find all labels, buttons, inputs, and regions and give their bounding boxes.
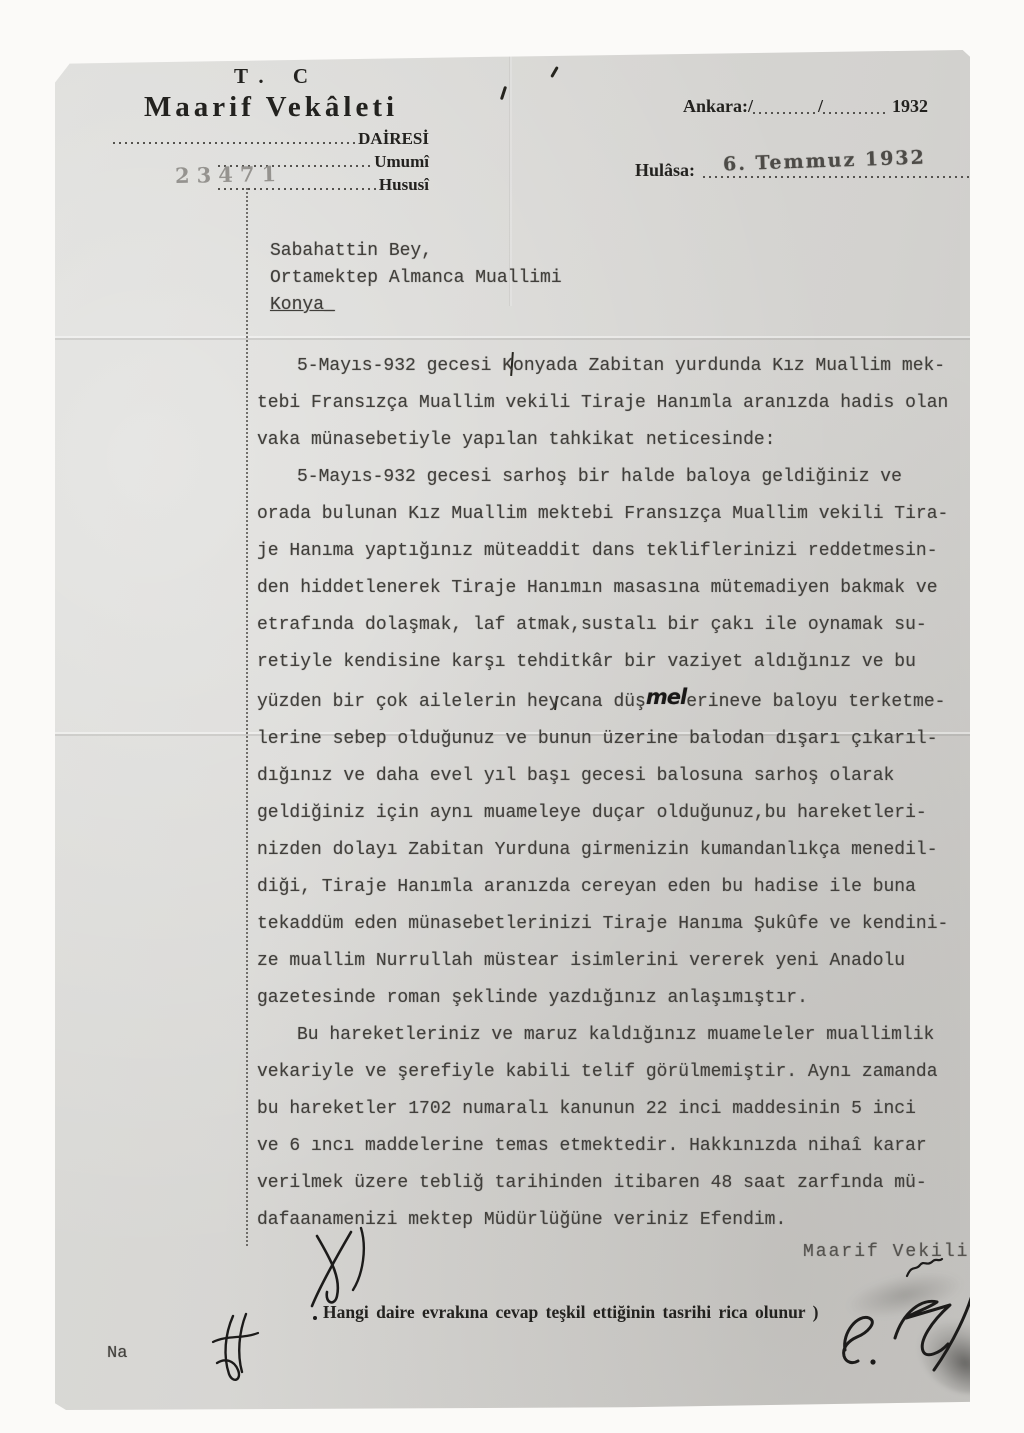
letterhead-hususi: Hususî <box>379 176 429 193</box>
ref-number-stamp: 23471 <box>175 161 283 188</box>
body-line: tebi Fransızça Muallim vekili Tiraje Han… <box>257 385 983 422</box>
body-line: gazetesinde roman şeklinde yazdığınız an… <box>257 980 983 1017</box>
dotted-leader <box>113 141 355 144</box>
letterhead-dept: DAİRESİ <box>358 130 429 147</box>
fold-crease <box>55 336 970 340</box>
date-line: Ankara:/ / 1932 <box>683 96 928 117</box>
dotted-leader <box>703 175 998 178</box>
body-line: vekariyle ve şerefiyle kabili telif görü… <box>257 1054 983 1091</box>
year-label: 1932 <box>892 96 928 117</box>
body-line: vaka münasebetiyle yapılan tahkikat neti… <box>257 422 983 459</box>
body-line-with-correction: yüzden bir çok ailelerin heycana düşmele… <box>257 681 983 721</box>
dotted-leader <box>753 111 815 114</box>
body-line: etrafında dolaşmak, laf atmak,sustalı bi… <box>257 607 983 644</box>
handwritten-insertion: mel <box>646 685 686 709</box>
pen-mark <box>550 66 559 78</box>
monogram-mark <box>205 1308 265 1392</box>
body-line: 5-Mayıs-932 gecesi sarhoş bir halde balo… <box>257 459 983 496</box>
body-line: nizden dolayı Zabitan Yurduna girmenizin… <box>257 832 983 869</box>
dotted-leader <box>823 111 889 114</box>
dotted-leader <box>218 187 376 190</box>
body-line: bu hareketler 1702 numaralı kanunun 22 i… <box>257 1091 983 1128</box>
body-line: verilmek üzere tebliğ tarihinden itibare… <box>257 1165 983 1202</box>
bottom-left-initials: Na <box>107 1344 127 1363</box>
addressee-city: Konya_ <box>270 292 562 319</box>
margin-dotted-rule <box>246 188 248 1246</box>
letterhead-umumi: Umumî <box>374 153 429 170</box>
footer-note: Hangi daire evrakına cevap teşkil ettiği… <box>323 1302 818 1323</box>
body-line: geldiğiniz için aynı muameleye duçar old… <box>257 795 983 832</box>
body-line: Bu hareketleriniz ve maruz kaldığınız mu… <box>257 1017 983 1054</box>
addressee-role: Ortamektep Almanca Muallimi <box>270 265 562 292</box>
pen-mark <box>500 86 507 100</box>
addressee-name: Sabahattin Bey, <box>270 238 562 265</box>
body-line: den hiddetlenerek Tiraje Hanımın masasın… <box>257 570 983 607</box>
body-line-pre: yüzden bir çok ailelerin heycana düş <box>257 692 646 712</box>
body-line: ze muallim Nurrullah müstear isimlerini … <box>257 943 983 980</box>
body-line: lerine sebep olduğunuz ve bunun üzerine … <box>257 721 983 758</box>
body-line: diği, Tiraje Hanımla aranızda cereyan ed… <box>257 869 983 906</box>
letterhead-country: T. C <box>113 64 429 89</box>
addressee-block: Sabahattin Bey, Ortamektep Almanca Muall… <box>270 238 562 319</box>
body-line: tekaddüm eden münasebetlerinizi Tiraje H… <box>257 906 983 943</box>
letterhead-org: Maarif Vekâleti <box>113 91 429 124</box>
hulasa-label: Hulâsa: <box>635 160 695 181</box>
body-line: ve 6 ıncı maddelerine temas etmektedir. … <box>257 1128 983 1165</box>
body-line: dığınız ve daha evel yıl başı gecesi bal… <box>257 758 983 795</box>
body-line: je Hanıma yaptığınız müteaddit dans tekl… <box>257 533 983 570</box>
letter-page: T. C Maarif Vekâleti DAİRESİ Umumî Husus… <box>55 50 970 1410</box>
body-line: 5-Mayıs-932 gecesi Konyada Zabitan yurdu… <box>257 348 983 385</box>
ankara-label: Ankara:/ <box>683 96 753 117</box>
body-line: retiyle kendisine karşı tehditkâr bir va… <box>257 644 983 681</box>
body-line-post: erineve baloyu terketme- <box>686 692 945 712</box>
signature-handwritten <box>811 1254 1024 1404</box>
body-line: orada bulunan Kız Muallim mektebi Fransı… <box>257 496 983 533</box>
letter-body: 5-Mayıs-932 gecesi Konyada Zabitan yurdu… <box>257 348 983 1239</box>
letterhead-dept-row: DAİRESİ <box>113 130 429 147</box>
